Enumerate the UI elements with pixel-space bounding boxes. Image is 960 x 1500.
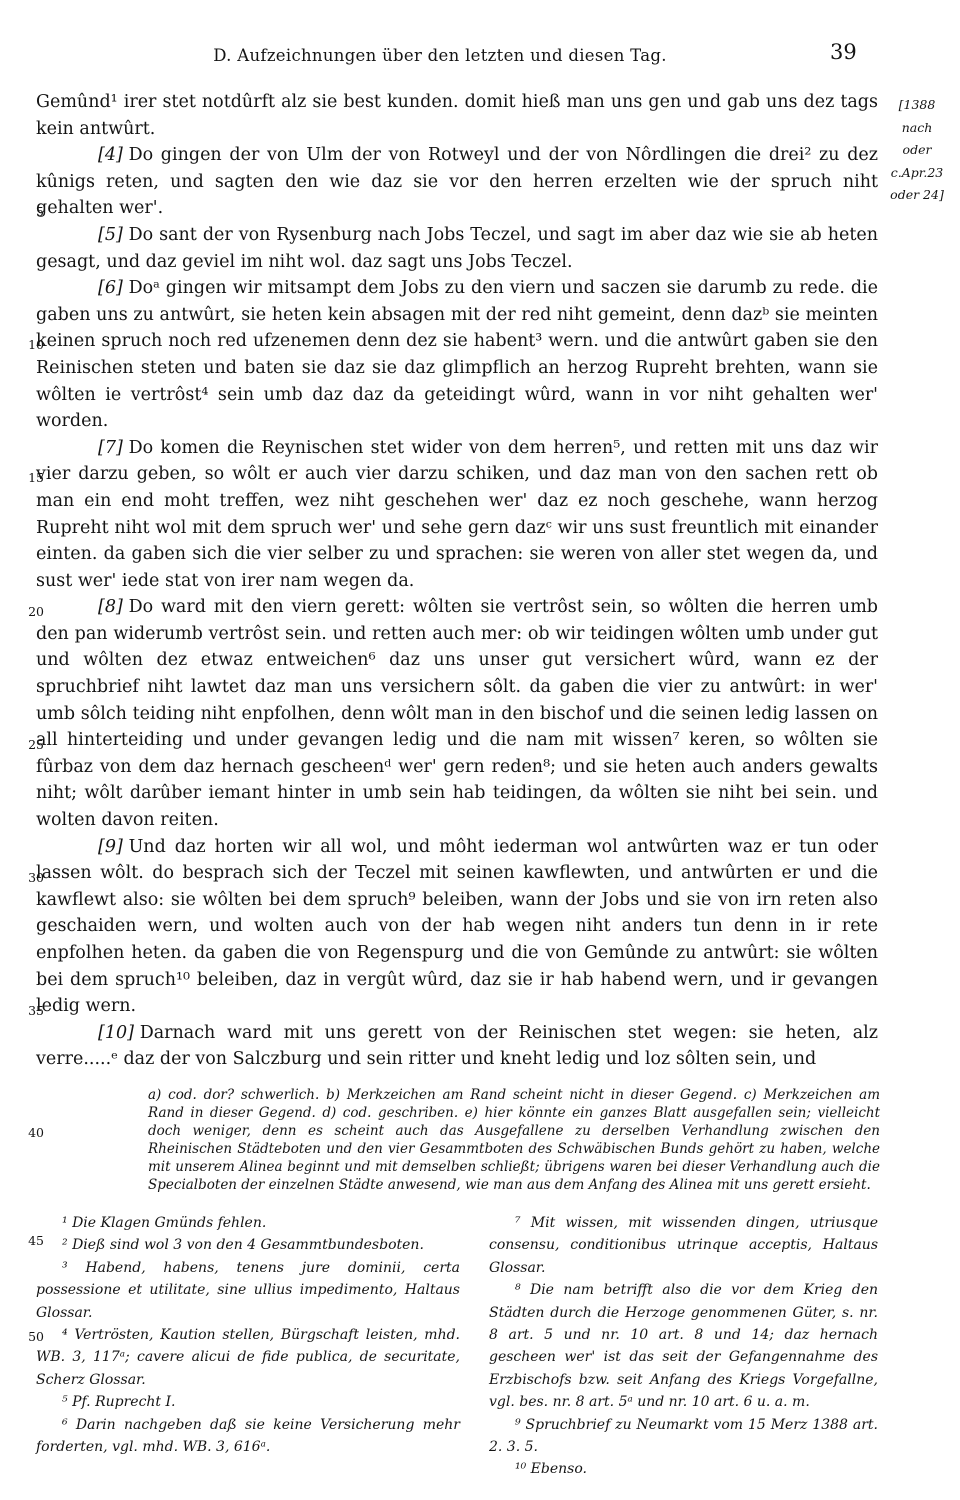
- paragraph-text: Do sant der von Rysenburg nach Jobs Tecz…: [36, 225, 878, 272]
- paragraph-continuation: Gemûnd¹ irer stet notdûrft alz sie best …: [36, 89, 878, 142]
- paragraph-text: Do ward mit den viern gerett: wôlten sie…: [36, 597, 878, 830]
- page-number: 39: [830, 40, 857, 64]
- paragraph-text: Doᵃ gingen wir mitsampt dem Jobs zu den …: [36, 278, 878, 431]
- paragraph-8: [8]Do ward mit den viern gerett: wôlten …: [36, 594, 878, 833]
- footnote-4: ⁴ Vertrösten, Kaution stellen, Bürgschaf…: [36, 1324, 460, 1391]
- footnote-10: ¹⁰ Ebenso.: [489, 1458, 878, 1480]
- margin-date-line: c.Apr.23: [876, 162, 958, 185]
- footnote-3: ³ Habend, habens, tenens jure dominii, c…: [36, 1257, 460, 1324]
- footnote-6: ⁶ Darin nachgeben daß sie keine Versiche…: [36, 1414, 460, 1459]
- running-head-title: D. Aufzeichnungen über den letzten und d…: [150, 46, 730, 65]
- paragraph-label: [6]: [98, 278, 123, 298]
- paragraph-label: [9]: [98, 837, 123, 857]
- paragraph-label: [8]: [98, 597, 123, 617]
- paragraph-label: [7]: [98, 438, 123, 458]
- paragraph-text: Do gingen der von Ulm der von Rotweyl un…: [36, 145, 878, 218]
- margin-date-line: nach: [876, 117, 958, 140]
- book-page: D. Aufzeichnungen über den letzten und d…: [0, 0, 960, 1500]
- line-number-40: 40: [14, 1125, 44, 1140]
- footnote-7: ⁷ Mit wissen, mit wissenden dingen, utri…: [489, 1212, 878, 1279]
- paragraph-text: Und daz horten wir all wol, und môht ied…: [36, 837, 878, 1017]
- main-text: Gemûnd¹ irer stet notdûrft alz sie best …: [36, 89, 878, 1073]
- margin-date-note: [1388 nach oder c.Apr.23 oder 24]: [876, 94, 958, 207]
- paragraph-4: [4]Do gingen der von Ulm der von Rotweyl…: [36, 142, 878, 222]
- footnote-8: ⁸ Die nam betrifft also die vor dem Krie…: [489, 1279, 878, 1413]
- footnotes-right-column: ⁷ Mit wissen, mit wissenden dingen, utri…: [489, 1212, 878, 1481]
- paragraph-5: [5]Do sant der von Rysenburg nach Jobs T…: [36, 222, 878, 275]
- margin-date-line: [1388: [876, 94, 958, 117]
- margin-date-line: oder: [876, 139, 958, 162]
- critical-apparatus: a) cod. dor? schwerlich. b) Merkzeichen …: [148, 1087, 880, 1194]
- footnote-1: ¹ Die Klagen Gmünds fehlen.: [36, 1212, 460, 1234]
- footnote-9: ⁹ Spruchbrief zu Neumarkt vom 15 Merz 13…: [489, 1414, 878, 1459]
- paragraph-text: Gemûnd¹ irer stet notdûrft alz sie best …: [36, 92, 878, 139]
- paragraph-label: [4]: [98, 145, 123, 165]
- footnote-5: ⁵ Pf. Ruprecht I.: [36, 1391, 460, 1413]
- paragraph-7: [7]Do komen die Reynischen stet wider vo…: [36, 435, 878, 595]
- paragraph-label: [5]: [98, 225, 123, 245]
- paragraph-text: Darnach ward mit uns gerett von der Rein…: [36, 1023, 878, 1070]
- paragraph-9: [9]Und daz horten wir all wol, und môht …: [36, 834, 878, 1020]
- paragraph-label: [10]: [98, 1023, 134, 1043]
- footnote-2: ² Dieß sind wol 3 von den 4 Gesammtbunde…: [36, 1234, 460, 1256]
- paragraph-10: [10]Darnach ward mit uns gerett von der …: [36, 1020, 878, 1073]
- paragraph-text: Do komen die Reynischen stet wider von d…: [36, 438, 878, 591]
- paragraph-6: [6]Doᵃ gingen wir mitsampt dem Jobs zu d…: [36, 275, 878, 435]
- margin-date-line: oder 24]: [876, 184, 958, 207]
- footnotes-left-column: ¹ Die Klagen Gmünds fehlen. ² Dieß sind …: [36, 1212, 460, 1458]
